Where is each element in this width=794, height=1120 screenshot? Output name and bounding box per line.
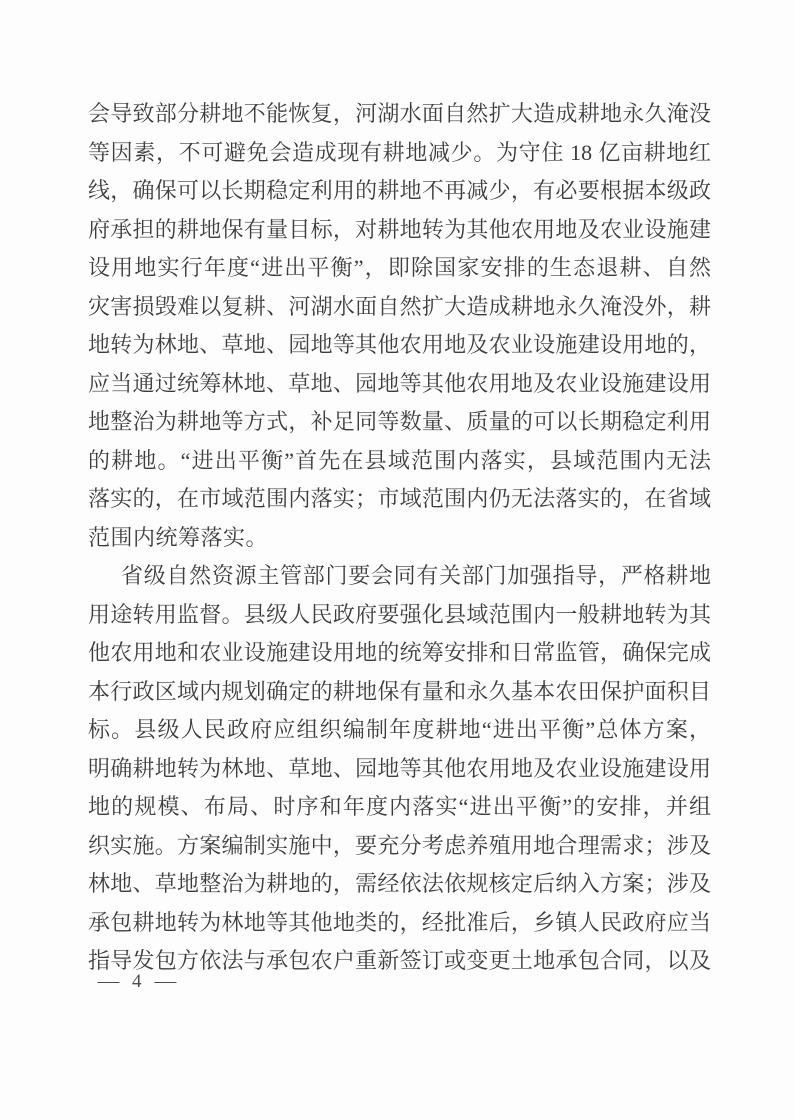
- text-line: 标。县级人民政府应组织编制年度耕地“进出平衡”总体方案，: [88, 711, 711, 750]
- text-line: 省级自然资源主管部门要会同有关部门加强指导，严格耕地: [88, 557, 711, 596]
- page-number: 4: [132, 971, 143, 993]
- text-line: 织实施。方案编制实施中，要充分考虑养殖用地合理需求；涉及: [88, 827, 711, 866]
- document-page: 会导致部分耕地不能恢复，河湖水面自然扩大造成耕地永久淹没等因素，不可避免会造成现…: [0, 0, 794, 1120]
- text-line: 的耕地。“进出平衡”首先在县域范围内落实，县域范围内无法: [88, 442, 711, 481]
- text-line: 承包耕地转为林地等其他地类的，经批准后，乡镇人民政府应当: [88, 904, 711, 943]
- paragraph-1: 会导致部分耕地不能恢复，河湖水面自然扩大造成耕地永久淹没等因素，不可避免会造成现…: [88, 95, 711, 557]
- text-line: 会导致部分耕地不能恢复，河湖水面自然扩大造成耕地永久淹没: [88, 95, 711, 134]
- text-line: 落实的，在市域范围内落实；市域范围内仍无法落实的，在省域: [88, 480, 711, 519]
- page-footer: — 4 —: [99, 971, 176, 993]
- text-line: 地的规模、布局、时序和年度内落实“进出平衡”的安排，并组: [88, 788, 711, 827]
- text-line: 设用地实行年度“进出平衡”，即除国家安排的生态退耕、自然: [88, 249, 711, 288]
- text-line: 地整治为耕地等方式，补足同等数量、质量的可以长期稳定利用: [88, 403, 711, 442]
- text-line: 府承担的耕地保有量目标，对耕地转为其他农用地及农业设施建: [88, 211, 711, 250]
- text-line: 指导发包方依法与承包农户重新签订或变更土地承包合同，以及: [88, 942, 711, 981]
- text-line: 范围内统筹落实。: [88, 519, 711, 558]
- paragraph-2: 省级自然资源主管部门要会同有关部门加强指导，严格耕地用途转用监督。县级人民政府要…: [88, 557, 711, 981]
- text-line: 等因素，不可避免会造成现有耕地减少。为守住 18 亿亩耕地红: [88, 134, 711, 173]
- footer-dash-left: —: [98, 971, 121, 993]
- text-line: 他农用地和农业设施建设用地的统筹安排和日常监管，确保完成: [88, 634, 711, 673]
- text-block: 会导致部分耕地不能恢复，河湖水面自然扩大造成耕地永久淹没等因素，不可避免会造成现…: [88, 95, 711, 981]
- text-line: 本行政区域内规划确定的耕地保有量和永久基本农田保护面积目: [88, 673, 711, 712]
- text-line: 应当通过统筹林地、草地、园地等其他农用地及农业设施建设用: [88, 365, 711, 404]
- text-line: 用途转用监督。县级人民政府要强化县域范围内一般耕地转为其: [88, 596, 711, 635]
- text-line: 明确耕地转为林地、草地、园地等其他农用地及农业设施建设用: [88, 750, 711, 789]
- footer-dash-right: —: [154, 971, 177, 993]
- text-line: 线，确保可以长期稳定利用的耕地不再减少，有必要根据本级政: [88, 172, 711, 211]
- text-line: 林地、草地整治为耕地的，需经依法依规核定后纳入方案；涉及: [88, 865, 711, 904]
- text-line: 灾害损毁难以复耕、河湖水面自然扩大造成耕地永久淹没外，耕: [88, 288, 711, 327]
- text-line: 地转为林地、草地、园地等其他农用地及农业设施建设用地的，: [88, 326, 711, 365]
